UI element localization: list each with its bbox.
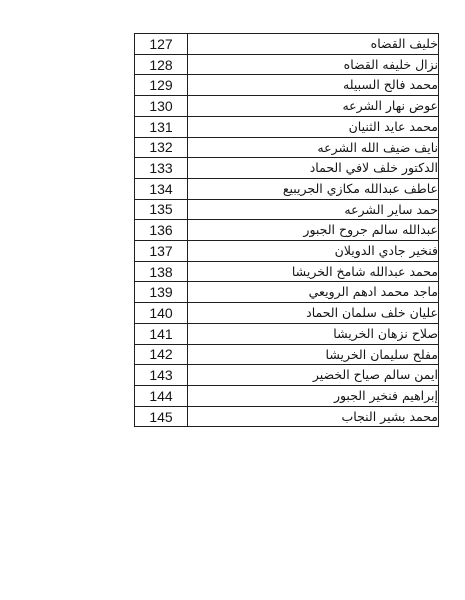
row-number: 145: [135, 406, 188, 427]
document-page: خليف القضاه127نزال خليفه القضاه128محمد ف…: [0, 0, 465, 600]
person-name: نزال خليفه القضاه: [188, 54, 439, 75]
row-number: 129: [135, 75, 188, 96]
row-number: 132: [135, 137, 188, 158]
names-table-body: خليف القضاه127نزال خليفه القضاه128محمد ف…: [135, 34, 439, 427]
table-row: عوض نهار الشرعه130: [135, 96, 439, 117]
row-number: 143: [135, 365, 188, 386]
person-name: عليان خلف سلمان الحماد: [188, 303, 439, 324]
person-name: إبراهيم فنخير الجبور: [188, 385, 439, 406]
person-name: فنخير جادي الدويلان: [188, 241, 439, 262]
row-number: 138: [135, 261, 188, 282]
table-row: إبراهيم فنخير الجبور144: [135, 385, 439, 406]
row-number: 128: [135, 54, 188, 75]
person-name: محمد بشير النجاب: [188, 406, 439, 427]
person-name: نايف ضيف الله الشرعه: [188, 137, 439, 158]
row-number: 131: [135, 116, 188, 137]
person-name: الدكتور خلف لافي الحماد: [188, 158, 439, 179]
row-number: 144: [135, 385, 188, 406]
table-row: عبدالله سالم جروح الجبور136: [135, 220, 439, 241]
row-number: 141: [135, 323, 188, 344]
row-number: 133: [135, 158, 188, 179]
person-name: ايمن سالم صياح الخضير: [188, 365, 439, 386]
row-number: 134: [135, 178, 188, 199]
row-number: 140: [135, 303, 188, 324]
person-name: عبدالله سالم جروح الجبور: [188, 220, 439, 241]
table-row: خليف القضاه127: [135, 34, 439, 55]
person-name: عاطف عبدالله مكازي الجريبيع: [188, 178, 439, 199]
table-row: حمد ساير الشرعه135: [135, 199, 439, 220]
table-row: ايمن سالم صياح الخضير143: [135, 365, 439, 386]
table-row: محمد بشير النجاب145: [135, 406, 439, 427]
table-row: نايف ضيف الله الشرعه132: [135, 137, 439, 158]
table-row: نزال خليفه القضاه128: [135, 54, 439, 75]
table-row: محمد فالح السبيله129: [135, 75, 439, 96]
table-row: صلاح نزهان الخريشا141: [135, 323, 439, 344]
person-name: محمد فالح السبيله: [188, 75, 439, 96]
table-row: الدكتور خلف لافي الحماد133: [135, 158, 439, 179]
table-row: مفلح سليمان الخريشا142: [135, 344, 439, 365]
row-number: 130: [135, 96, 188, 117]
person-name: محمد عبدالله شامخ الخريشا: [188, 261, 439, 282]
names-table: خليف القضاه127نزال خليفه القضاه128محمد ف…: [134, 33, 439, 427]
person-name: صلاح نزهان الخريشا: [188, 323, 439, 344]
row-number: 136: [135, 220, 188, 241]
person-name: ماجد محمد ادهم الرويعي: [188, 282, 439, 303]
row-number: 139: [135, 282, 188, 303]
row-number: 142: [135, 344, 188, 365]
person-name: محمد عايد الثنيان: [188, 116, 439, 137]
row-number: 135: [135, 199, 188, 220]
person-name: عوض نهار الشرعه: [188, 96, 439, 117]
table-row: ماجد محمد ادهم الرويعي139: [135, 282, 439, 303]
person-name: مفلح سليمان الخريشا: [188, 344, 439, 365]
table-row: محمد عبدالله شامخ الخريشا138: [135, 261, 439, 282]
person-name: حمد ساير الشرعه: [188, 199, 439, 220]
table-row: عاطف عبدالله مكازي الجريبيع134: [135, 178, 439, 199]
row-number: 137: [135, 241, 188, 262]
person-name: خليف القضاه: [188, 34, 439, 55]
table-row: فنخير جادي الدويلان137: [135, 241, 439, 262]
row-number: 127: [135, 34, 188, 55]
table-row: محمد عايد الثنيان131: [135, 116, 439, 137]
table-row: عليان خلف سلمان الحماد140: [135, 303, 439, 324]
